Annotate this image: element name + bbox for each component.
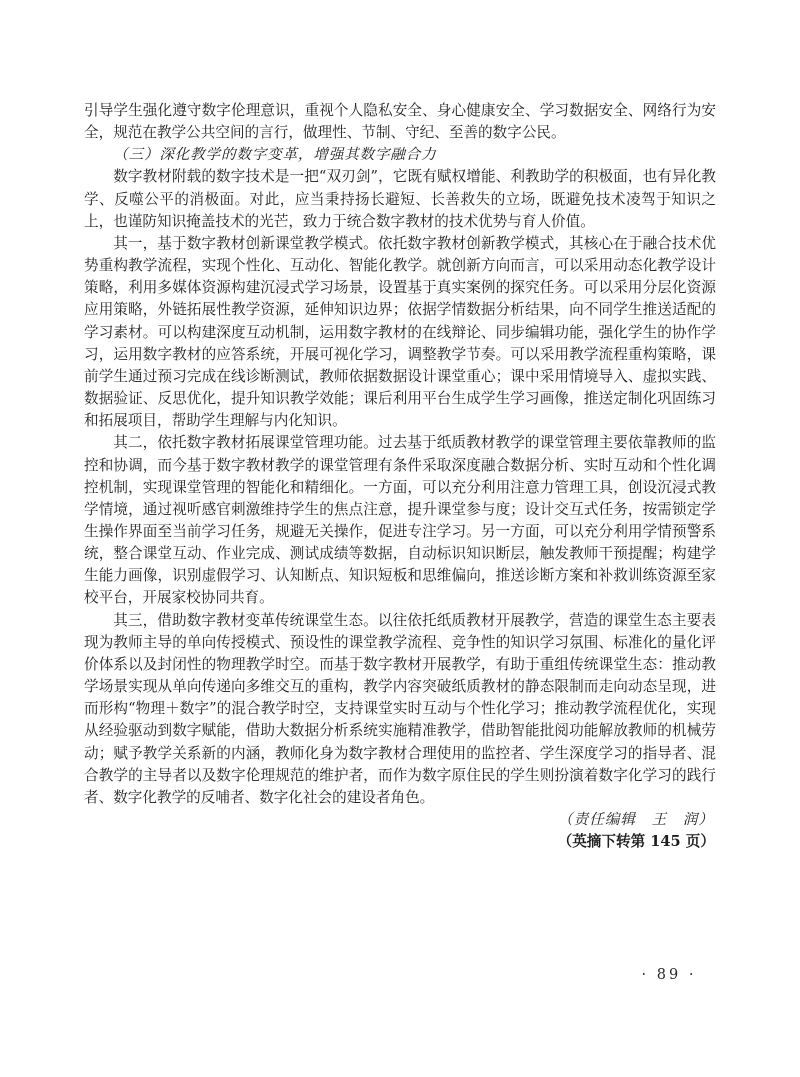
paragraph: 其三，借助数字教材变革传统课堂生态。以往依托纸质教材开展教学，营造的课堂生态主要… <box>84 610 716 809</box>
paragraph: 数字教材附载的数字技术是一把“双刃剑”，它既有赋权增能、利教助学的积极面，也有异… <box>84 166 716 232</box>
paragraph-continuation: 引导学生强化遵守数字伦理意识，重视个人隐私安全、身心健康安全、学习数据安全、网络… <box>84 100 716 144</box>
article-body: 引导学生强化遵守数字伦理意识，重视个人隐私安全、身心健康安全、学习数据安全、网络… <box>84 100 716 853</box>
section-heading: （三）深化教学的数字变革，增强其数字融合力 <box>84 144 716 166</box>
journal-page: 引导学生强化遵守数字伦理意识，重视个人隐私安全、身心健康安全、学习数据安全、网络… <box>0 0 800 1077</box>
editor-credit: （责任编辑 王 润） <box>84 809 716 831</box>
abstract-continuation-note: （英摘下转第 145 页） <box>84 831 716 853</box>
paragraph: 其二，依托数字教材拓展课堂管理功能。过去基于纸质教材教学的课堂管理主要依靠教师的… <box>84 432 716 609</box>
paragraph: 其一，基于数字教材创新课堂教学模式。依托数字教材创新教学模式，其核心在于融合技术… <box>84 233 716 432</box>
page-number: · 89 · <box>636 967 702 983</box>
